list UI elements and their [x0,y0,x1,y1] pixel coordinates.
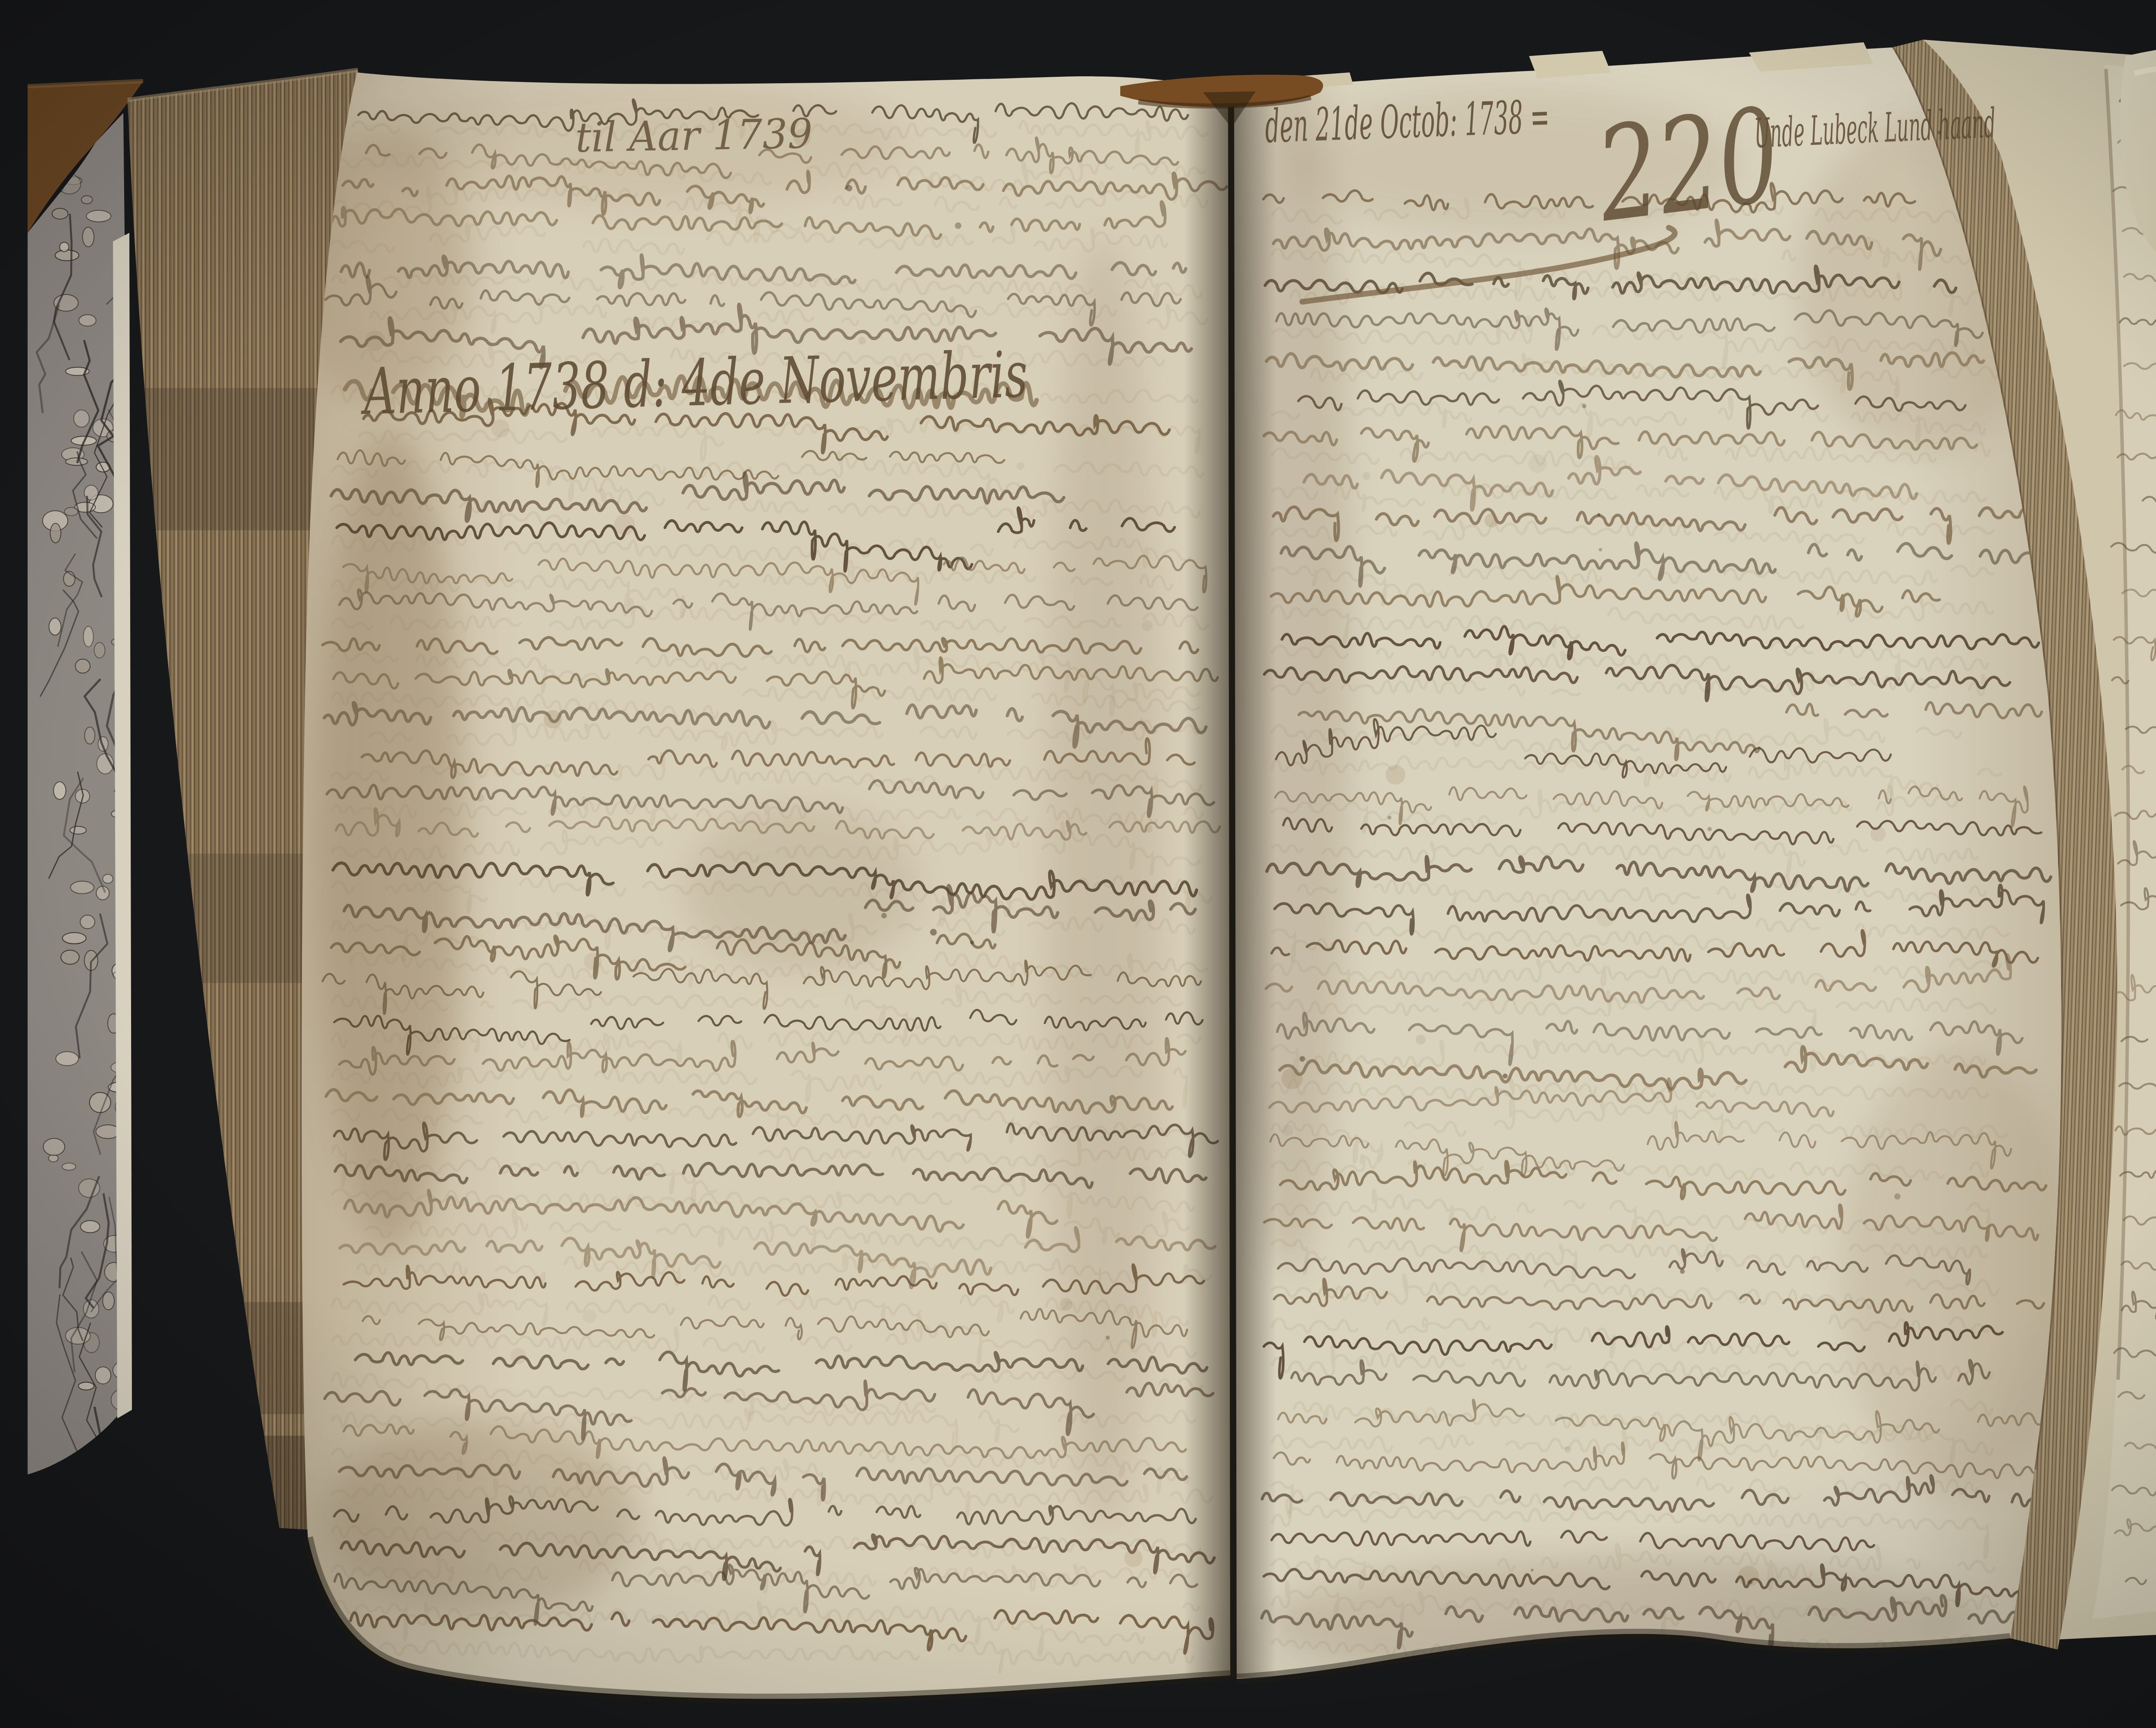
archival-manuscript-photo: Radihenssen,öff:mihniisd:ha– [0,0,2156,1728]
photo-vignette [0,0,2156,1728]
manuscript-scene: Radihenssen,öff:mihniisd:ha– [0,0,2156,1728]
